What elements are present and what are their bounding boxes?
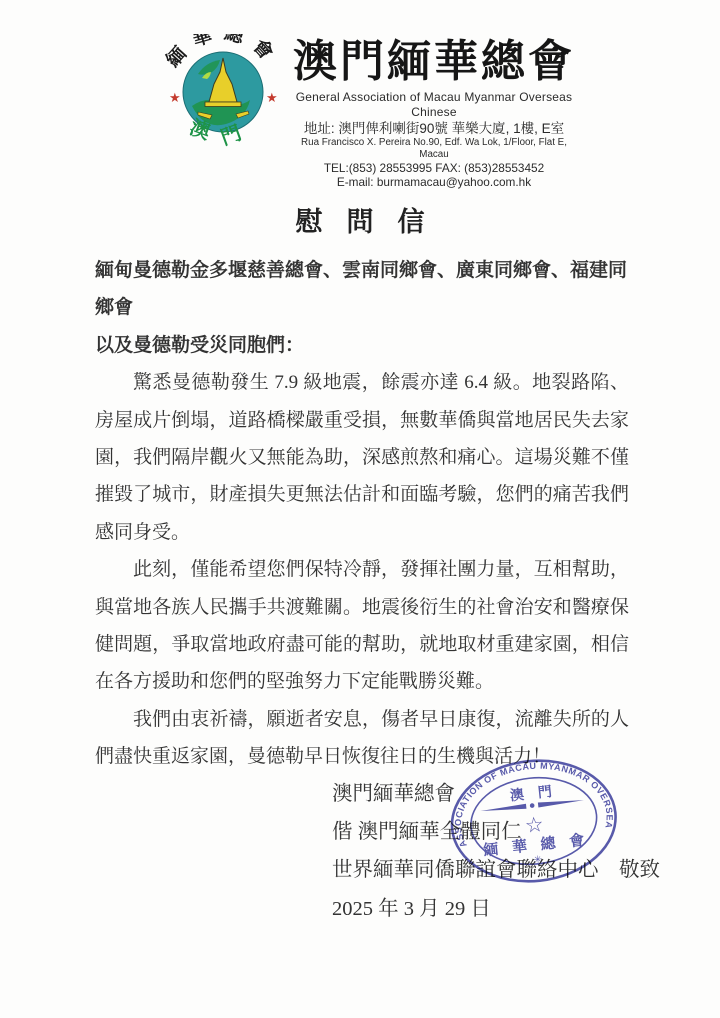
signature-date: 2025 年 3 月 29 日 bbox=[332, 890, 660, 928]
pagoda-base bbox=[205, 102, 241, 107]
association-logo-graphic: 緬華總會 澳門 ★ ★ bbox=[158, 34, 290, 156]
official-stamp-graphic: GENERAL ASSOCIATION OF MACAU MYANMAR OVE… bbox=[439, 747, 628, 899]
stamp-center-dot bbox=[530, 803, 535, 808]
stamp-inner-top-text: 澳 門 bbox=[509, 783, 553, 804]
stamp-star-icon: ☆ bbox=[524, 812, 545, 838]
letterhead-text-block: 澳門緬華總會 General Association of Macau Myan… bbox=[290, 34, 578, 189]
org-name-english: General Association of Macau Myanmar Ove… bbox=[290, 90, 578, 120]
letter-title: 慰問信 bbox=[0, 200, 720, 239]
salutation-line-1: 緬甸曼德勒金多堰慈善總會、雲南同鄉會、廣東同鄉會、福建同鄉會 bbox=[95, 252, 629, 327]
stamp-divider-left bbox=[480, 804, 526, 814]
stamp-asterisk-icon: ✳ bbox=[533, 854, 542, 866]
logo-star-left-icon: ★ bbox=[169, 90, 181, 105]
condolence-letter-page: 緬華總會 澳門 ★ ★ 澳門緬華總會 General Association o… bbox=[0, 0, 720, 1018]
address-portuguese: Rua Francisco X. Pereira No.90, Edf. Wa … bbox=[290, 137, 578, 161]
official-stamp: GENERAL ASSOCIATION OF MACAU MYANMAR OVE… bbox=[439, 747, 628, 899]
letter-body: 緬甸曼德勒金多堰慈善總會、雲南同鄉會、廣東同鄉會、福建同鄉會 以及曼德勒受災同胞… bbox=[95, 252, 629, 776]
paragraph-2: 此刻，僅能希望您們保特冷靜，發揮社團力量，互相幫助，與當地各族人民攜手共渡難關。… bbox=[95, 551, 629, 701]
email-line: E-mail: burmamacau@yahoo.com.hk bbox=[290, 175, 578, 189]
logo-star-right-icon: ★ bbox=[266, 90, 278, 105]
address-chinese: 地址: 澳門俾利喇街90號 華樂大廈, 1樓, E室 bbox=[290, 121, 578, 137]
paragraph-1: 驚悉曼德勒發生 7.9 級地震，餘震亦達 6.4 級。地裂路陷、房屋成片倒塌，道… bbox=[95, 364, 629, 551]
letterhead: 緬華總會 澳門 ★ ★ 澳門緬華總會 General Association o… bbox=[158, 34, 578, 189]
org-name-chinese: 澳門緬華總會 bbox=[290, 36, 578, 88]
association-logo: 緬華總會 澳門 ★ ★ bbox=[158, 34, 290, 156]
salutation-line-2: 以及曼德勒受災同胞們： bbox=[95, 327, 629, 364]
tel-fax-line: TEL:(853) 28553995 FAX: (853)28553452 bbox=[290, 161, 578, 175]
